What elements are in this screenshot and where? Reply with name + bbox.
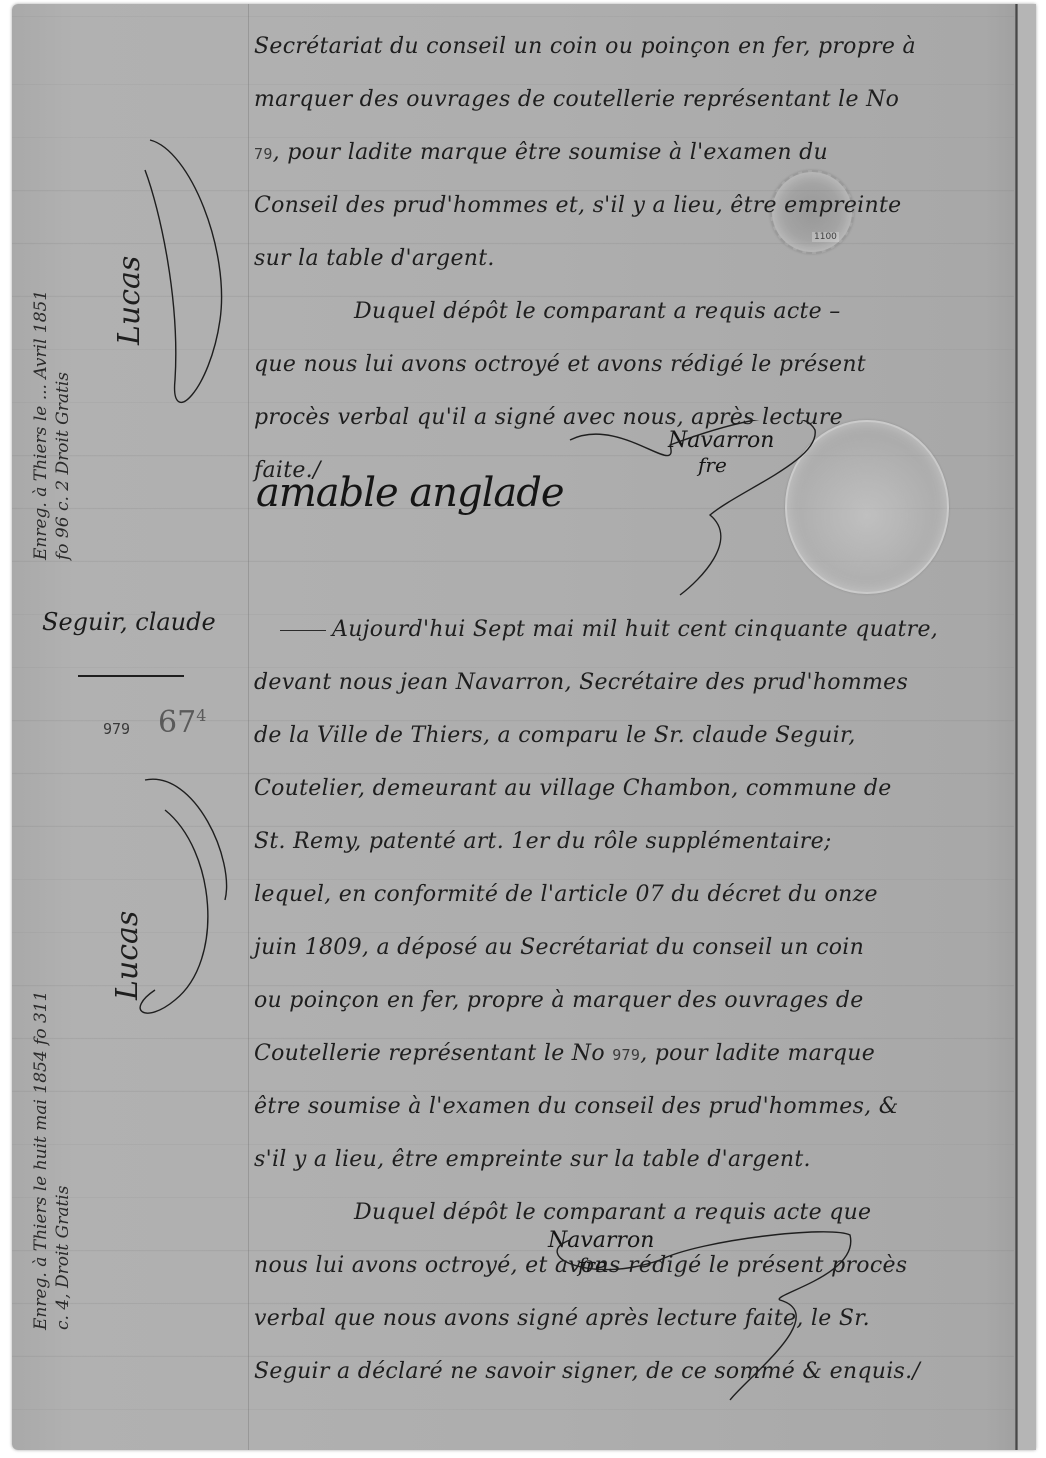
text-line: Coutelier, demeurant au village Chambon,… [254,762,994,815]
text-line: devant nous jean Navarron, Secrétaire de… [254,656,994,709]
text-line: St. Remy, patenté art. 1er du rôle suppl… [254,815,994,868]
margin-registration-note-2: Enreg. à Thiers le huit mai 1854 fo 311 … [30,991,74,1330]
mark-number-stamp: 979 [612,1046,640,1064]
margin-clerk-signature-1: Lucas [112,256,147,345]
text-line: 79, pour ladite marque être soumise à l'… [254,126,994,179]
page-edge [1018,4,1036,1450]
margin-clerk-signature-2: Lucas [110,911,145,1000]
margin-folio-number: 674 [158,705,206,740]
signature-name: Navarron [668,428,774,453]
signature-suffix: fre [548,1253,654,1277]
margin-divider [248,4,249,1450]
text-line: Coutellerie représentant le No 979, pour… [254,1027,994,1080]
folio-value: 67 [158,705,196,740]
signature-navarron-2: Navarron fre [548,1228,654,1277]
text-line: Conseil des prud'hommes et, s'il y a lie… [254,179,994,232]
text-line: sur la table d'argent. [254,232,994,285]
text-line: être soumise à l'examen du conseil des p… [254,1080,994,1133]
margin-underline [78,675,184,677]
text-line: verbal que nous avons signé après lectur… [254,1292,994,1345]
signature-suffix: fre [668,453,774,477]
leading-dash [280,630,326,631]
margin-note-line: Enreg. à Thiers le huit mai 1854 fo 311 [30,991,52,1330]
text-line: juin 1809, a déposé au Secrétariat du co… [254,921,994,974]
text-fragment: Aujourd'hui Sept mai mil huit cent cinqu… [332,617,938,642]
margin-entry-name: Seguir, claude [42,608,216,636]
text-line: procès verbal qu'il a signé avec nous, a… [254,391,994,444]
margin-note-line: c. 4, Droit Gratis [52,991,74,1330]
signature-navarron-1: Navarron fre [668,428,774,477]
text-fragment: , pour ladite marque [640,1041,875,1066]
margin-mark-number: 979 [103,720,130,738]
text-line: ou poinçon en fer, propre à marquer des … [254,974,994,1027]
text-line: de la Ville de Thiers, a comparu le Sr. … [254,709,994,762]
text-line: marquer des ouvrages de coutellerie repr… [254,73,994,126]
text-line: que nous lui avons octroyé et avons rédi… [254,338,994,391]
text-fragment: , pour ladite marque être soumise à l'ex… [273,140,828,165]
signature-name: Navarron [548,1228,654,1253]
entry-2: Aujourd'hui Sept mai mil huit cent cinqu… [254,603,994,1398]
entry-1: Secrétariat du conseil un coin ou poinço… [254,20,994,497]
text-fragment: Coutellerie représentant le No [254,1041,605,1066]
page-fold-crease [1015,4,1018,1450]
margin-note-line: Enreg. à Thiers le ... Avril 1851 [30,290,52,560]
text-line: Secrétariat du conseil un coin ou poinço… [254,20,994,73]
margin-note-line: fo 96 c. 2 Droit Gratis [52,290,74,560]
main-text-column: Secrétariat du conseil un coin ou poinço… [254,20,994,1398]
folio-superscript: 4 [196,706,206,725]
text-line: s'il y a lieu, être empreinte sur la tab… [254,1133,994,1186]
text-line: Seguir a déclaré ne savoir signer, de ce… [254,1345,994,1398]
text-line: Duquel dépôt le comparant a requis acte … [254,285,994,338]
signature-amable-anglade: amable anglade [256,470,564,516]
text-line: Aujourd'hui Sept mai mil huit cent cinqu… [254,603,994,656]
mark-number-stamp: 79 [254,145,273,163]
margin-registration-note-1: Enreg. à Thiers le ... Avril 1851 fo 96 … [30,290,74,560]
text-line: lequel, en conformité de l'article 07 du… [254,868,994,921]
